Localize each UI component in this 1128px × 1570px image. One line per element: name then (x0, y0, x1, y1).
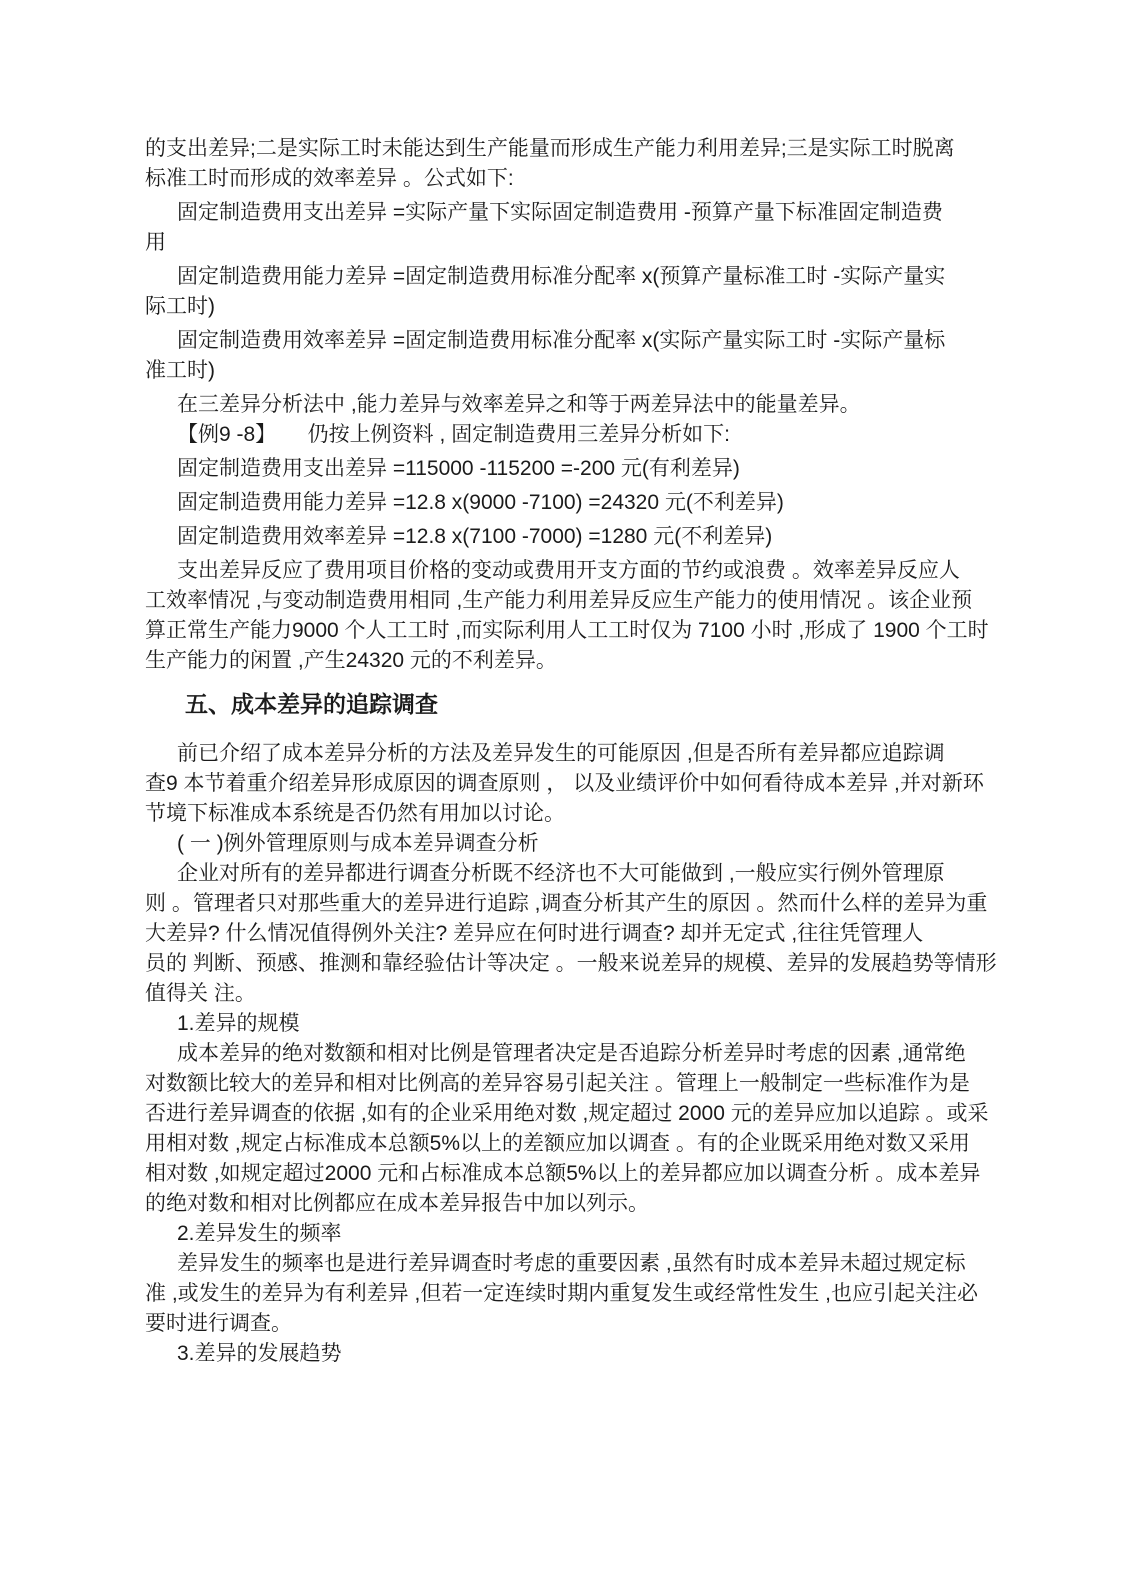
item-1-variance-size-heading: 1.差异的规模 (145, 1009, 1020, 1039)
example-9-8-lead: 【例9 -8】 仍按上例资料 , 固定制造费用三差异分析如下: (145, 420, 1020, 450)
subsection-one-heading: ( 一 )例外管理原则与成本差异调查分析 (145, 829, 1020, 859)
item-2-variance-frequency-heading: 2.差异发生的频率 (145, 1219, 1020, 1249)
section-heading-five: 五、成本差异的追踪调查 (145, 687, 1020, 721)
example-capacity-variance-calculation: 固定制造费用能力差异 =12.8 x(9000 -7100) =24320 元(… (145, 488, 1020, 518)
example-spending-variance-calculation: 固定制造费用支出差异 =115000 -115200 =-200 元(有利差异) (145, 454, 1020, 484)
management-by-exception-body: 企业对所有的差异都进行调查分析既不经济也不大可能做到 ,一般应实行例外管理原 则… (145, 859, 1020, 1009)
variance-frequency-body: 差异发生的频率也是进行差异调查时考虑的重要因素 ,虽然有时成本差异未超过规定标 … (145, 1249, 1020, 1339)
formula-capacity-variance-definition: 固定制造费用能力差异 =固定制造费用标准分配率 x(预算产量标准工时 -实际产量… (145, 262, 1020, 322)
document-page: 的支出差异;二是实际工时未能达到生产能量而形成生产能力利用差异;三是实际工时脱离… (145, 134, 1020, 1369)
example-efficiency-variance-calculation: 固定制造费用效率差异 =12.8 x(7100 -7000) =1280 元(不… (145, 522, 1020, 552)
formula-efficiency-variance-definition: 固定制造费用效率差异 =固定制造费用标准分配率 x(实际产量实际工时 -实际产量… (145, 326, 1020, 386)
formula-spending-variance-definition: 固定制造费用支出差异 =实际产量下实际固定制造费用 -预算产量下标准固定制造费 … (145, 198, 1020, 258)
document-viewport: { "page": { "background_color": "#ffffff… (0, 0, 1128, 1570)
intro-continuation: 的支出差异;二是实际工时未能达到生产能量而形成生产能力利用差异;三是实际工时脱离… (145, 134, 1020, 194)
item-3-variance-trend-heading: 3.差异的发展趋势 (145, 1339, 1020, 1369)
variance-interpretation: 支出差异反应了费用项目价格的变动或费用开支方面的节约或浪费 。效率差异反应人 工… (145, 556, 1020, 676)
section-five-intro: 前已介绍了成本差异分析的方法及差异发生的可能原因 ,但是否所有差异都应追踪调 查… (145, 739, 1020, 829)
three-variance-method-note: 在三差异分析法中 ,能力差异与效率差异之和等于两差异法中的能量差异。 (145, 390, 1020, 420)
variance-size-body: 成本差异的绝对数额和相对比例是管理者决定是否追踪分析差异时考虑的因素 ,通常绝 … (145, 1039, 1020, 1219)
